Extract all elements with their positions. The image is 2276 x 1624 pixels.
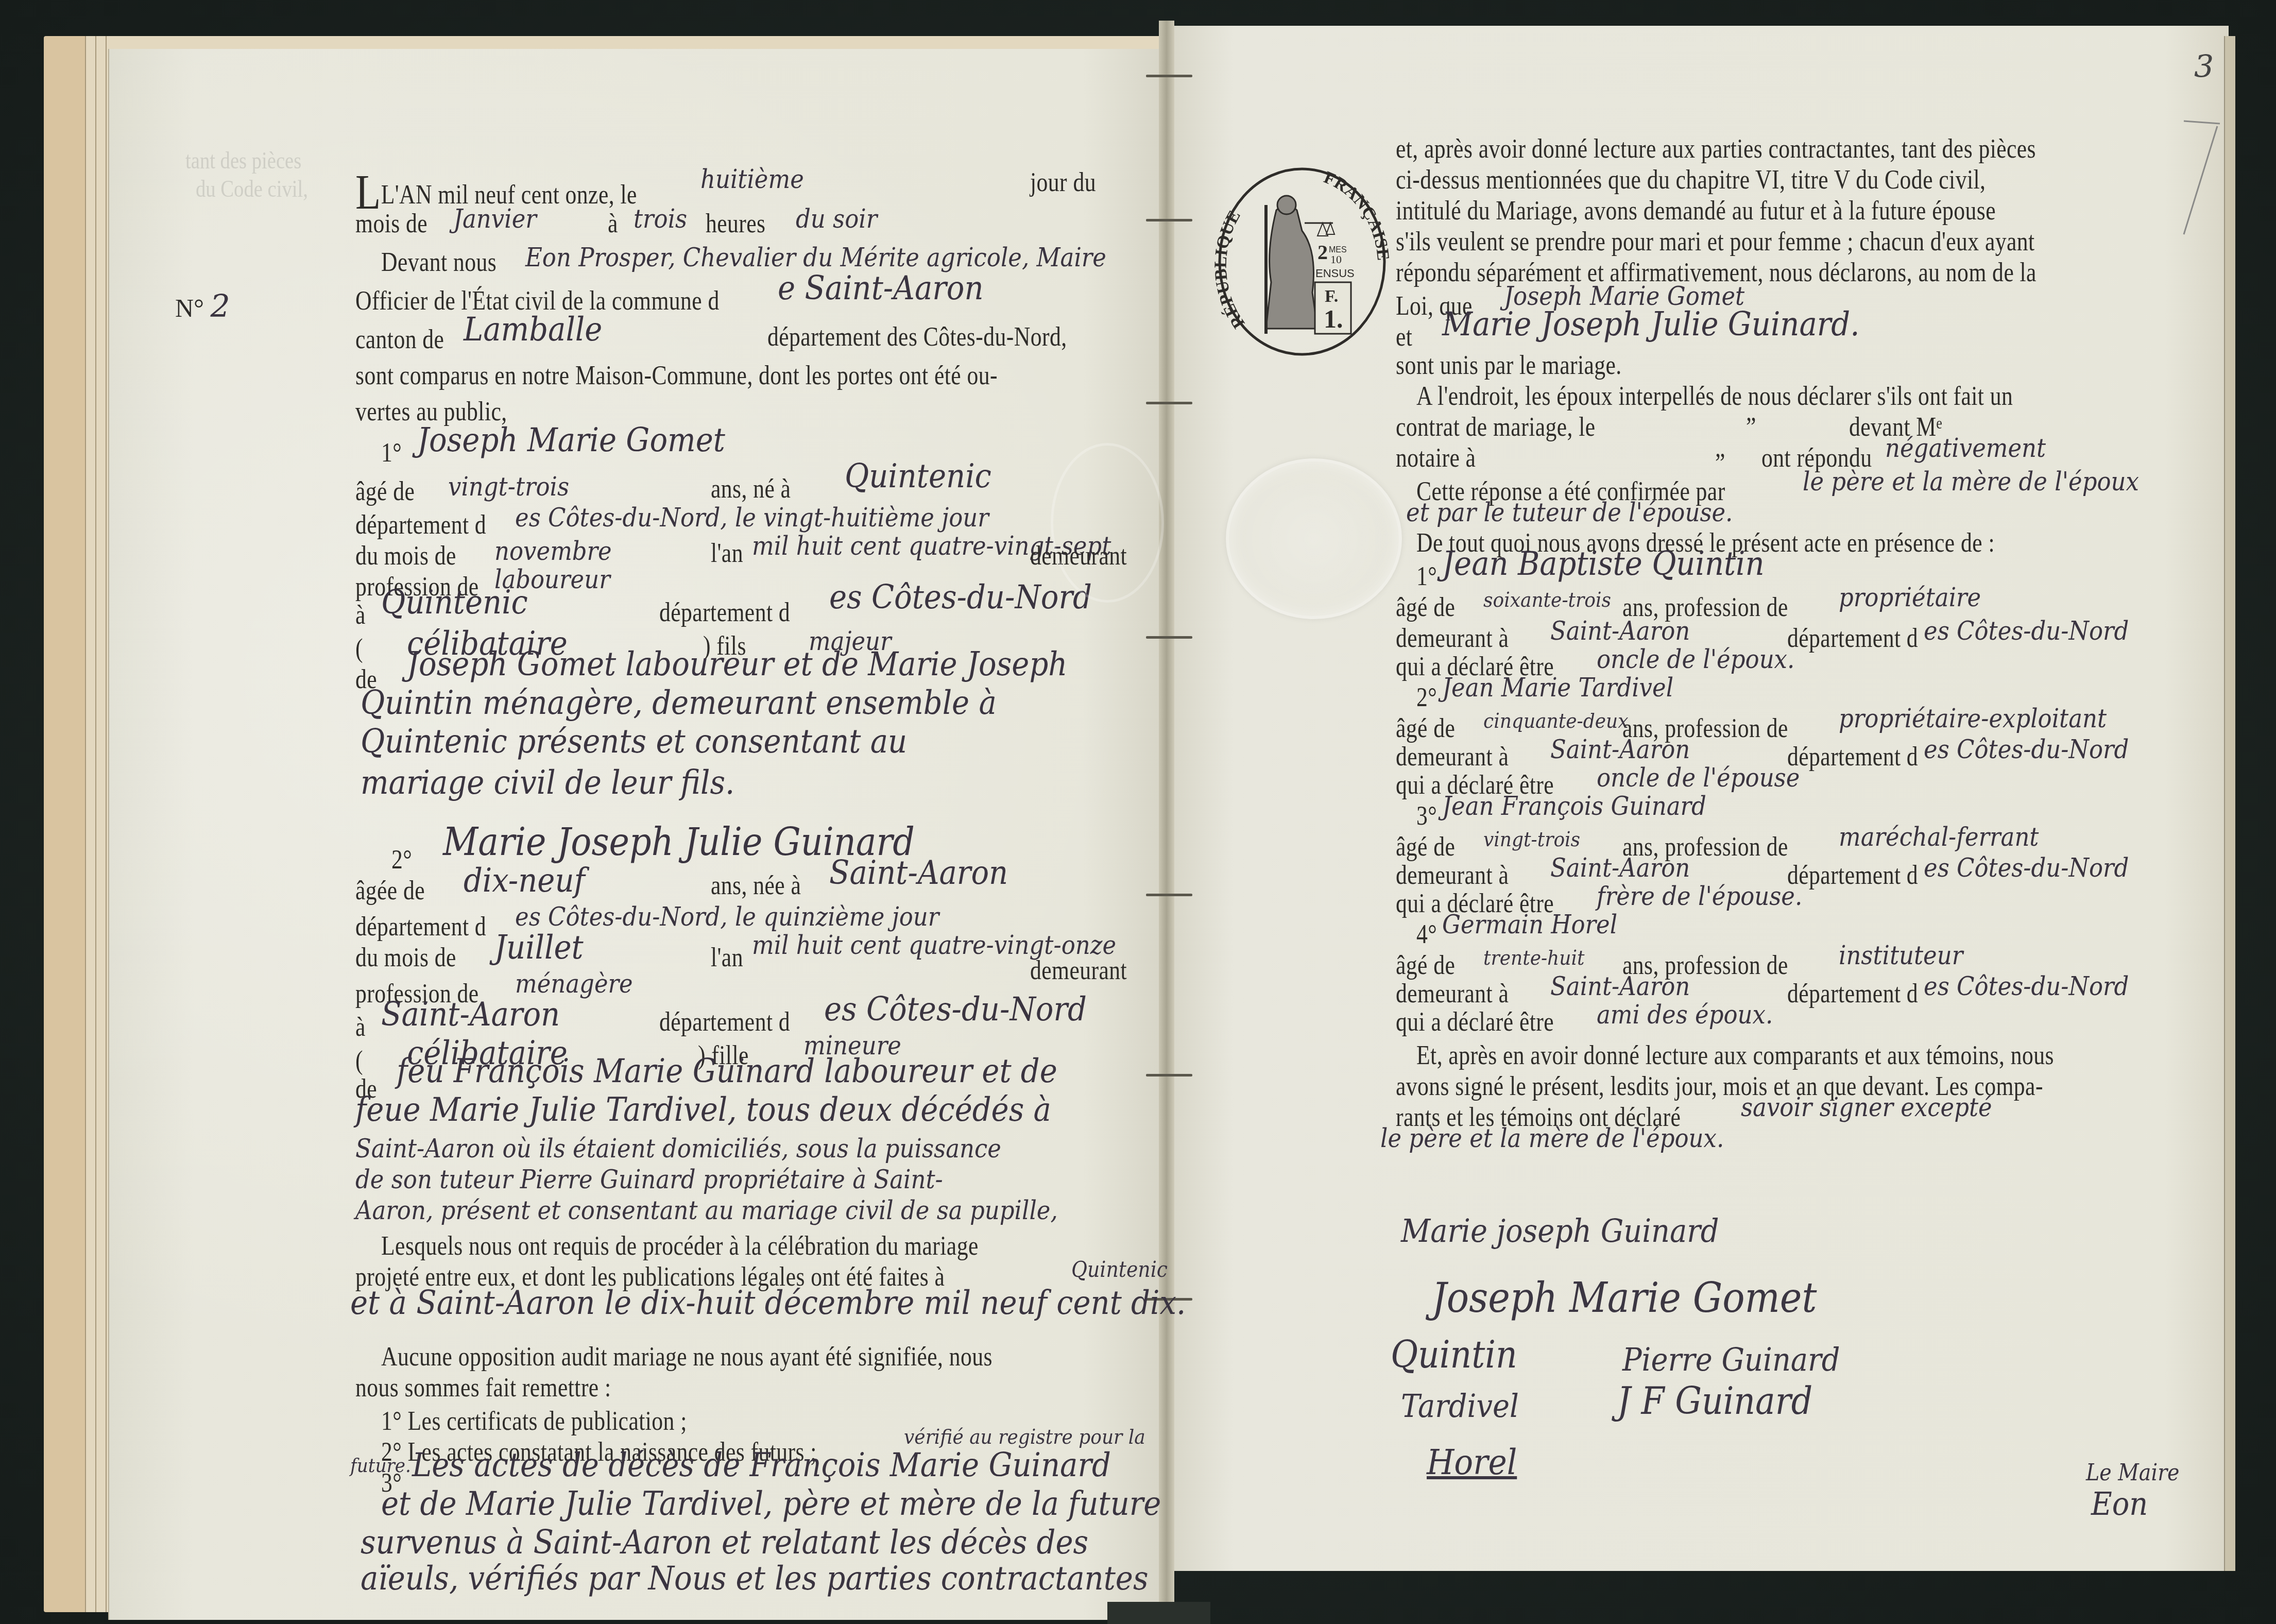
printed-text: et, après avoir donné lecture aux partie… — [1396, 134, 2036, 165]
entry-number: N° 2 — [175, 291, 230, 323]
printed-text: ci-dessus mentionnées que du chapitre VI… — [1396, 165, 1986, 196]
officer-handwritten: Eon Prosper, Chevalier du Mérite agricol… — [525, 242, 1106, 273]
signature-tutor: Pierre Guinard — [1622, 1344, 1840, 1375]
book-gutter — [1159, 21, 1174, 1607]
confirmation-handwritten: et par le tuteur de l'épouse. — [1406, 497, 1733, 528]
binding-stitch — [1146, 636, 1192, 639]
time-of-day-handwritten: du soir — [796, 203, 877, 234]
witness-profession: propriétaire-exploitant — [1839, 703, 2107, 734]
witness-relation: oncle de l'époux. — [1597, 644, 1794, 675]
printed-text: âgé de — [1396, 592, 1455, 623]
printed-text: département d — [1787, 860, 1918, 891]
death-acts-handwritten: survenus à Saint-Aaron et relatant les d… — [361, 1527, 1088, 1558]
printed-text: département des Côtes-du-Nord, — [767, 322, 1067, 353]
svg-text:1.: 1. — [1324, 304, 1343, 333]
witness-relation: ami des époux. — [1597, 999, 1773, 1030]
witness-dept: es Côtes-du-Nord — [1924, 616, 2129, 646]
page-number: 3 — [2194, 49, 2214, 85]
svg-text:ENSUS: ENSUS — [1315, 267, 1355, 280]
bride-tutor: de son tuteur Pierre Guinard propriétair… — [355, 1164, 943, 1195]
bookmark-ribbon — [1107, 1602, 1210, 1624]
witness-ordinal: 2° — [1416, 682, 1437, 713]
bride-age: dix-neuf — [464, 865, 585, 896]
svg-text:2: 2 — [1317, 241, 1328, 264]
printed-text: demeurant à — [1396, 742, 1509, 773]
printed-text: contrat de mariage, le — [1396, 412, 1596, 443]
bleed-through-text: tant des pièces — [185, 147, 301, 174]
printed-text: qui a déclaré être — [1396, 1007, 1554, 1038]
margin-note: future. — [350, 1450, 411, 1481]
printed-text: âgé de — [355, 476, 415, 507]
canton-handwritten: Lamballe — [464, 314, 602, 345]
commune-handwritten: e Saint-Aaron — [778, 273, 984, 304]
signing-declaration: savoir signer excepté — [1741, 1092, 1992, 1123]
signing-exceptions: le père et la mère de l'époux. — [1380, 1123, 1724, 1154]
bride-parents: feu François Marie Guinard laboureur et … — [397, 1056, 1057, 1087]
printed-text: sont unis par le mariage. — [1396, 350, 1622, 381]
printed-text: Lesquels nous ont requis de procéder à l… — [381, 1231, 979, 1262]
groom-ordinal: 1° — [381, 438, 402, 469]
groom-age: vingt-trois — [448, 471, 569, 502]
hour-handwritten: trois — [634, 203, 687, 234]
signature-mayor: Eon — [2091, 1489, 2148, 1519]
printed-text: demeurant — [1030, 955, 1127, 986]
embossed-seal — [1226, 458, 1402, 619]
groom-parents: Joseph Gomet laboureur et de Marie Josep… — [407, 649, 1067, 680]
document-item: 1° Les certificats de publication ; — [381, 1406, 687, 1437]
printed-text: l'an — [711, 943, 743, 973]
bride-name: Marie Joseph Julie Guinard — [443, 827, 915, 858]
printed-text: canton de — [355, 324, 444, 355]
entry-number-label: N° — [175, 294, 204, 322]
publication-place-handwritten: Quintenic — [1071, 1254, 1168, 1285]
printed-text: s'ils veulent se prendre pour mari et po… — [1396, 227, 2035, 258]
printed-text: heures — [706, 209, 766, 240]
svg-text:RÉPUBLIQUE: RÉPUBLIQUE — [1214, 207, 1248, 332]
binding-stitch — [1146, 75, 1192, 77]
bride-parents: feue Marie Julie Tardivel, tous deux déc… — [355, 1095, 1051, 1125]
printed-text: ( — [355, 634, 363, 664]
signature-witness-guinard: J F Guinard — [1617, 1386, 1812, 1416]
bride-tutor: Aaron, présent et consentant au mariage … — [355, 1195, 1058, 1226]
groom-birth-month: novembre — [494, 536, 612, 567]
ordinal: 1° — [381, 1407, 402, 1436]
contract-answer: négativement — [1885, 433, 2046, 464]
printed-text: département d — [659, 597, 790, 628]
witness-profession: instituteur — [1839, 940, 1963, 971]
printed-text: département d — [355, 510, 486, 541]
groom-name: Joseph Marie Gomet — [417, 425, 725, 456]
printed-text: Aucune opposition audit mariage ne nous … — [381, 1342, 992, 1373]
printed-text: ” — [1715, 448, 1725, 479]
witness-ordinal: 4° — [1416, 919, 1437, 950]
witness-age: cinquante-deux — [1483, 706, 1629, 737]
printed-text: demeurant à — [1396, 623, 1509, 654]
printed-text: ” — [1746, 412, 1756, 443]
binding-stitch — [1146, 219, 1192, 221]
signature-witness-horel: Horel — [1427, 1447, 1517, 1478]
pencil-margin-mark — [2179, 116, 2230, 240]
printed-text: A l'endroit, les époux interpellés de no… — [1416, 381, 2013, 412]
svg-text:F.: F. — [1325, 287, 1338, 306]
witness-dept: es Côtes-du-Nord — [1924, 852, 2129, 883]
printed-text: demeurant à — [1396, 979, 1509, 1010]
witness-residence: Saint-Aaron — [1550, 971, 1690, 1002]
printed-text: département d — [659, 1007, 790, 1038]
witness-relation: frère de l'épouse. — [1597, 881, 1802, 912]
entry-number-value: 2 — [211, 288, 230, 324]
bride-residence: Saint-Aaron — [381, 999, 560, 1030]
bride-birthplace: Saint-Aaron — [829, 858, 1008, 888]
witness-dept: es Côtes-du-Nord — [1924, 734, 2129, 765]
printed-text: du mois de — [355, 943, 456, 973]
groom-residence: Quintenic — [381, 587, 528, 618]
witness-age: soixante-trois — [1483, 585, 1611, 616]
binding-stitch — [1146, 402, 1192, 404]
printed-text: à — [608, 209, 618, 240]
printed-text: nous sommes fait remettre : — [355, 1373, 611, 1404]
signature-witness-quintin: Quintin — [1391, 1339, 1517, 1370]
printed-text: ans, né à — [711, 474, 791, 505]
bleed-through-text: du Code civil, — [196, 175, 308, 202]
witness-profession: maréchal-ferrant — [1839, 822, 2039, 852]
witness-name: Jean François Guinard — [1442, 791, 1706, 822]
printed-text: département d — [1787, 623, 1918, 654]
confirmation-handwritten: le père et la mère de l'époux — [1803, 466, 2139, 497]
printed-text: Et, après en avoir donné lecture aux com… — [1416, 1040, 2054, 1071]
witness-name: Jean Baptiste Quintin — [1442, 549, 1765, 579]
witness-residence: Saint-Aaron — [1550, 852, 1690, 883]
signature-bride: Marie joseph Guinard — [1401, 1216, 1719, 1246]
groom-parents: mariage civil de leur fils. — [361, 767, 734, 798]
printed-text: ( — [355, 1046, 363, 1076]
witness-relation: oncle de l'épouse — [1597, 762, 1800, 793]
printed-text: âgé de — [1396, 950, 1455, 981]
witness-age: trente-huit — [1483, 943, 1584, 973]
printed-text: notaire à — [1396, 443, 1476, 474]
witness-profession: propriétaire — [1839, 582, 1981, 613]
embossed-seal — [1051, 443, 1164, 603]
right-page-edge — [2224, 36, 2235, 1571]
witness-name: Germain Horel — [1442, 909, 1617, 940]
binding-stitch — [1146, 894, 1192, 896]
printed-text: l'an — [711, 538, 743, 569]
bride-profession: ménagère — [515, 968, 633, 999]
binding-stitch — [1146, 1074, 1192, 1076]
printed-text: à — [355, 1012, 366, 1043]
printed-text: âgée de — [355, 876, 425, 907]
printed-text: demeurant à — [1396, 860, 1509, 891]
printed-text: jour du — [1030, 167, 1096, 198]
fiscal-stamp-icon: RÉPUBLIQUE FRANÇAISE 2 MES 10 ENSUS F. 1… — [1214, 164, 1390, 360]
witness-name: Jean Marie Tardivel — [1442, 672, 1673, 703]
witness-residence: Saint-Aaron — [1550, 734, 1690, 765]
printed-text: du mois de — [355, 541, 456, 572]
printed-text: âgé de — [1396, 713, 1455, 744]
publication-date-handwritten: et à Saint-Aaron le dix-huit décembre mi… — [350, 1288, 1186, 1319]
witness-ordinal: 1° — [1416, 561, 1437, 592]
printed-text: Devant nous — [381, 247, 497, 278]
printed-text: mois de — [355, 209, 427, 240]
mayor-title: Le Maire — [2086, 1458, 2180, 1489]
witness-dept: es Côtes-du-Nord — [1924, 971, 2129, 1002]
groom-birthplace: Quintenic — [845, 461, 991, 492]
signature-groom: Joseph Marie Gomet — [1432, 1283, 1817, 1313]
death-acts-handwritten: et de Marie Julie Tardivel, père et mère… — [381, 1489, 1161, 1519]
day-handwritten: huitième — [700, 164, 804, 195]
death-acts-handwritten: Les actes de décès de François Marie Gui… — [412, 1450, 1111, 1481]
printed-text: âgé de — [1396, 832, 1455, 863]
bride-parents: Saint-Aaron où ils étaient domiciliés, s… — [355, 1133, 1001, 1164]
groom-parents: Quintenic présents et consentant au — [361, 726, 907, 757]
wife-name: Marie Joseph Julie Guinard. — [1442, 309, 1859, 340]
printed-text: intitulé du Mariage, avons demandé au fu… — [1396, 196, 1996, 227]
printed-text: à — [355, 600, 366, 631]
month-handwritten: Janvier — [453, 203, 537, 234]
signature-witness-tardivel: Tardivel — [1401, 1391, 1519, 1422]
bride-ordinal: 2° — [391, 845, 412, 876]
groom-parents: Quintin ménagère, demeurant ensemble à — [361, 688, 997, 719]
bride-birth-dept-date: es Côtes-du-Nord, le quinzième jour — [515, 901, 939, 932]
groom-residence-dept: es Côtes-du-Nord — [829, 582, 1092, 613]
printed-text: département d — [355, 912, 486, 943]
witness-age: vingt-trois — [1483, 824, 1580, 855]
death-acts-handwritten: aïeuls, vérifiés par Nous et les parties… — [361, 1563, 1148, 1594]
printed-text: sont comparus en notre Maison-Commune, d… — [355, 361, 998, 391]
witness-ordinal: 3° — [1416, 801, 1437, 832]
witness-residence: Saint-Aaron — [1550, 616, 1690, 646]
printed-text: département d — [1787, 979, 1918, 1010]
bride-residence-dept: es Côtes-du-Nord — [824, 994, 1087, 1025]
groom-birth-dept-date: es Côtes-du-Nord, le vingt-huitième jour — [515, 502, 989, 533]
bride-birth-month: Juillet — [494, 932, 584, 963]
printed-text: et — [1396, 322, 1412, 353]
printed-text: ans, née à — [711, 870, 801, 901]
svg-text:10: 10 — [1330, 253, 1342, 266]
printed-text: Les certificats de publication ; — [407, 1407, 687, 1436]
printed-text: département d — [1787, 742, 1918, 773]
